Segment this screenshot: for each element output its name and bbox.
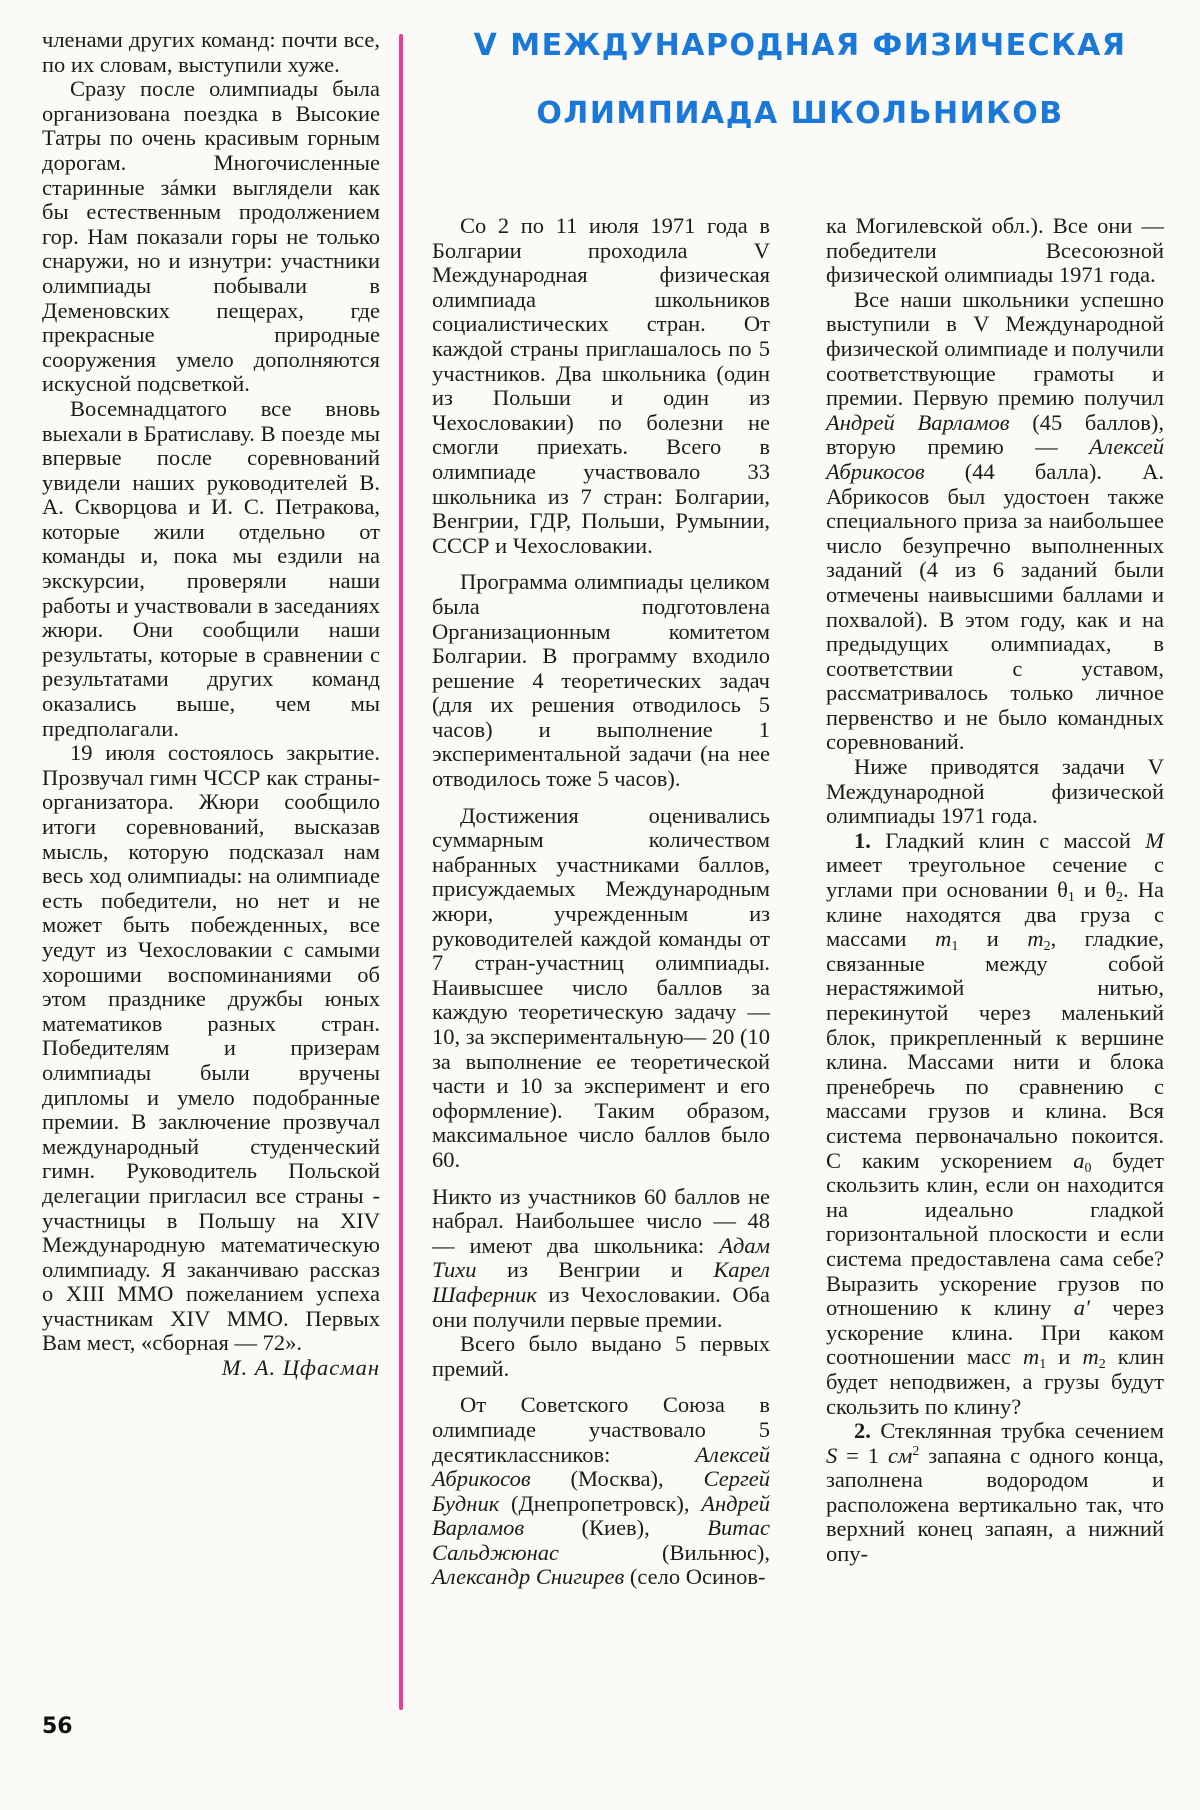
paragraph: Сразу после олимпиады была организована … — [42, 77, 380, 397]
math-symbol: M — [1145, 828, 1164, 853]
problem-number: 1. — [854, 828, 871, 853]
text: (село Осинов- — [624, 1564, 765, 1589]
paragraph: Программа олимпиады целиком была подгото… — [432, 570, 770, 791]
paragraph: Ниже приводятся задачи V Международной ф… — [826, 755, 1164, 829]
text: Все наши школьники успешно выступили в V… — [826, 287, 1164, 410]
right-column: ка Могилевской обл.). Все они — победите… — [826, 214, 1164, 1567]
text: и — [958, 926, 1027, 951]
person-name: Андрей Варламов — [826, 410, 1010, 435]
middle-column: Со 2 по 11 июля 1971 года в Болгарии про… — [432, 214, 770, 1590]
text: из Венгрии и — [476, 1257, 713, 1282]
math-symbol: m — [935, 926, 951, 951]
text: Гладкий клин с массой — [871, 828, 1145, 853]
math-symbol: θ — [1105, 877, 1116, 902]
paragraph: От Советского Союза в олимпиаде участвов… — [432, 1393, 770, 1590]
paragraph: Достижения оценивались суммарным количес… — [432, 804, 770, 1173]
paragraph: Со 2 по 11 июля 1971 года в Болгарии про… — [432, 214, 770, 558]
paragraph: членами других команд: почти все, по их … — [42, 28, 380, 77]
paragraph: Восемнадцатого все вновь выехали в Брати… — [42, 397, 380, 741]
math-symbol: m — [1023, 1344, 1039, 1369]
math-symbol: m — [1027, 926, 1043, 951]
paragraph: Все наши школьники успешно выступили в V… — [826, 288, 1164, 755]
problem-1: 1. Гладкий клин с массой M имеет треугол… — [826, 829, 1164, 1419]
math-symbol: θ — [1057, 877, 1068, 902]
math-symbol: S — [826, 1443, 837, 1468]
text: = 1 — [837, 1443, 888, 1468]
math-symbol: m — [1082, 1344, 1098, 1369]
person-name: Александр Снигирев — [432, 1564, 624, 1589]
text: (Вильнюс), — [559, 1540, 770, 1565]
math-symbol: a — [1073, 1148, 1084, 1173]
paragraph: Всего было выдано 5 первых премий. — [432, 1332, 770, 1381]
text: и — [1046, 1344, 1082, 1369]
math-unit: см — [888, 1443, 912, 1468]
text: (Москва), — [531, 1466, 704, 1491]
text: (Днепропетровск), — [499, 1491, 701, 1516]
text: (44 балла). А. Абрикосов был удостоен та… — [826, 459, 1164, 755]
paragraph: ка Могилевской обл.). Все они — победите… — [826, 214, 1164, 288]
text: Стеклянная трубка сечением — [871, 1418, 1164, 1443]
author-signature: М. А. Цфасман — [42, 1356, 380, 1381]
paragraph: 19 июля состоялось закрытие. Прозвучал г… — [42, 741, 380, 1356]
page-number: 56 — [42, 1714, 73, 1739]
article-title-line-1: V МЕЖДУНАРОДНАЯ ФИЗИЧЕСКАЯ — [400, 28, 1200, 63]
article-title-line-2: ОЛИМПИАДА ШКОЛЬНИКОВ — [400, 96, 1200, 131]
problem-2: 2. Стеклянная трубка сечением S = 1 см2 … — [826, 1419, 1164, 1567]
math-symbol: a′ — [1074, 1295, 1090, 1320]
left-column: членами других команд: почти все, по их … — [42, 28, 380, 1381]
paragraph: Никто из участников 60 баллов не набрал.… — [432, 1185, 770, 1333]
problem-number: 2. — [854, 1418, 871, 1443]
text: и — [1075, 877, 1105, 902]
text: , гладкие, связанные между собой нерастя… — [826, 926, 1164, 1172]
column-divider — [399, 34, 403, 1710]
text: (Киев), — [524, 1515, 707, 1540]
